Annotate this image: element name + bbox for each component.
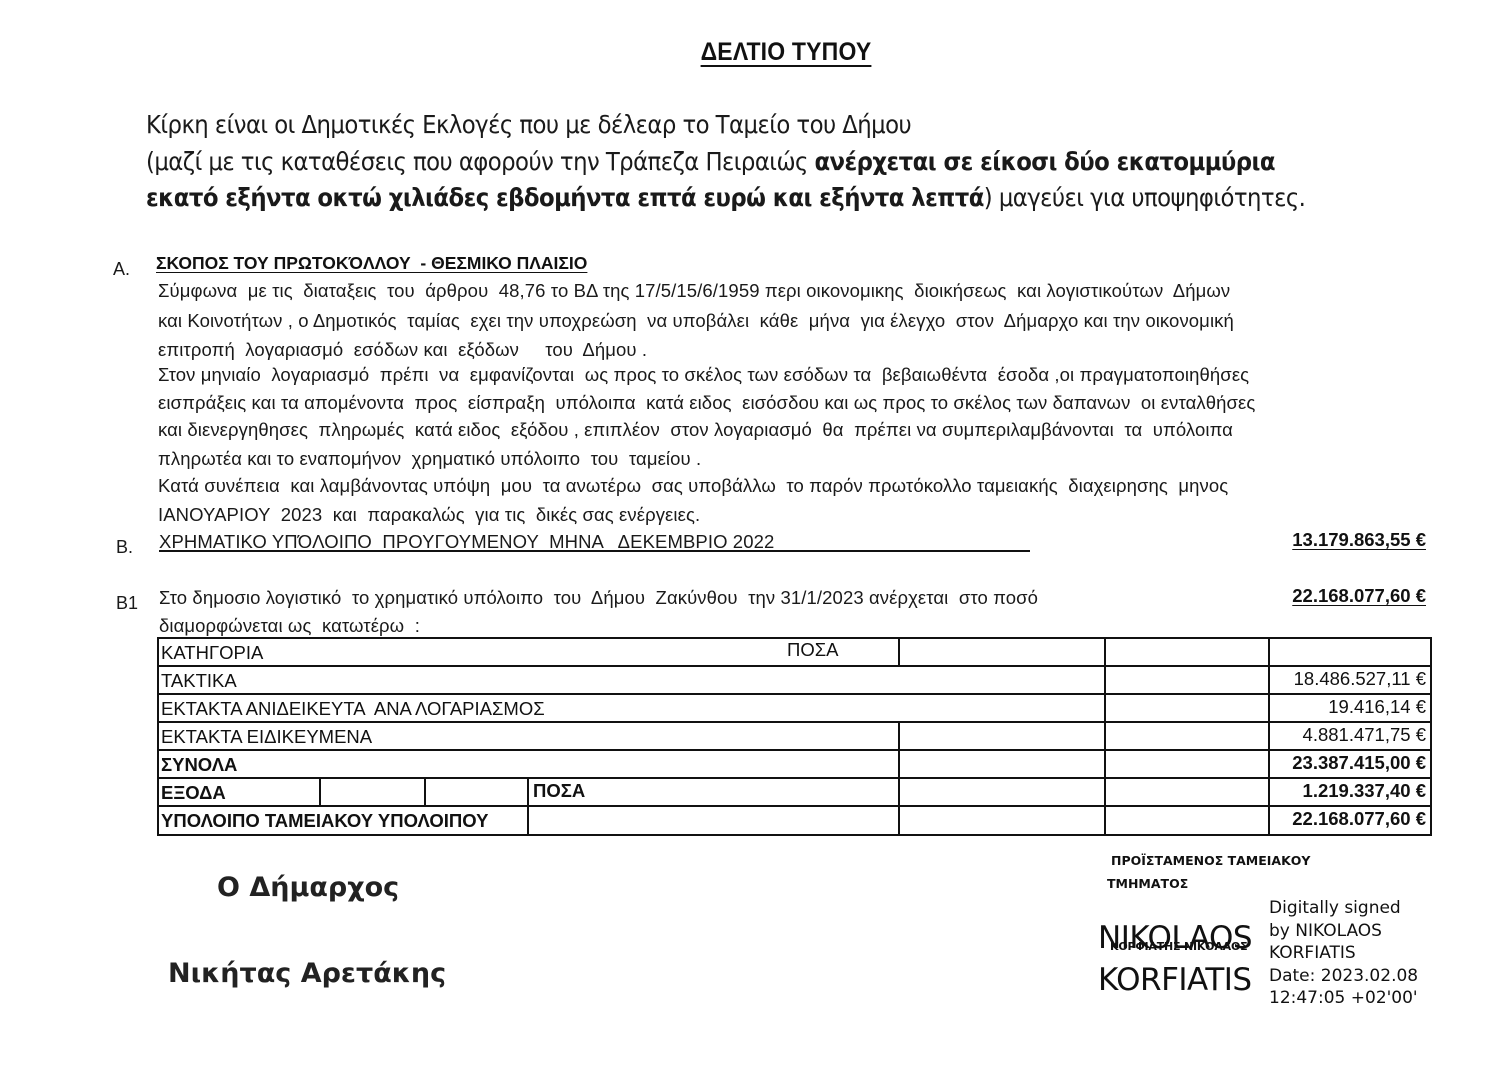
section-a-line: Κατά συνέπεια και λαμβάνοντας υπόψη μου … <box>158 475 1228 497</box>
intro-line-2: (μαζί με τις καταθέσεις που αφορούν την … <box>146 147 1275 176</box>
table-row-value: 4.881.471,75 € <box>1303 721 1426 749</box>
section-a-line: εισπράξεις και τα απομένοντα προς είσπρα… <box>158 392 1255 414</box>
col-divider <box>898 639 900 665</box>
mayor-name: Νικήτας Αρετάκης <box>168 958 446 989</box>
intro-line-3: εκατό εξήντα οκτώ χιλιάδες εβδομήντα επτ… <box>146 183 1305 212</box>
intro-line-3-bold: εκατό εξήντα οκτώ χιλιάδες εβδομήντα επτ… <box>146 183 984 212</box>
table-row-value: 19.416,14 € <box>1328 693 1426 721</box>
digital-signature-stamp: Digitally signed by NIKOLAOS KORFIATIS D… <box>1269 897 1418 1010</box>
table-row-value: 22.168.077,60 € <box>1292 805 1426 833</box>
intro-line-1: Κίρκη είναι οι Δημοτικές Εκλογές που με … <box>146 110 911 139</box>
col-divider <box>424 777 426 805</box>
table-row-value: 1.219.337,40 € <box>1303 777 1426 805</box>
digital-signature-line: Date: 2023.02.08 <box>1269 965 1418 988</box>
table-row-label: ΕΚΤΑΚΤΑ ΕΙΔΙΚΕΥΜΕΝΑ <box>161 723 372 751</box>
col-divider <box>319 777 321 805</box>
digital-signature-line: Digitally signed <box>1269 897 1418 920</box>
section-b-letter: Β. <box>116 537 133 558</box>
head-role-line-1: ΠΡΟΪΣΤΑΜΕΝΟΣ ΤΑΜΕΙΑΚΟΥ <box>1111 853 1310 868</box>
table-row-label: ΣΥΝΟΛΑ <box>161 751 237 779</box>
digital-signature-line: KORFIATIS <box>1269 942 1418 965</box>
section-b1-line-1: Στο δημοσιο λογιστικό το χρηματικό υπόλο… <box>159 587 1038 609</box>
header-category: ΚΑΤΗΓΟΡΙΑ <box>161 639 263 667</box>
cash-balance-table: ΚΑΤΗΓΟΡΙΑ ΠΟΣΑ ΤΑΚΤΙΚΑ 18.486.527,11 € Ε… <box>157 637 1432 836</box>
col-divider <box>898 721 900 836</box>
table-row-label: ΕΞΟΔΑ <box>161 779 226 807</box>
signer-last-name: KORFIATIS <box>1098 962 1252 998</box>
header-amounts: ΠΟΣΑ <box>787 636 839 664</box>
page-title: ΔΕΛΤΙΟ ΤΥΠΟΥ <box>63 38 1509 67</box>
section-a-line: Σύμφωνα με τις διαταξεις του άρθρου 48,7… <box>158 280 1230 302</box>
section-a-letter: Α. <box>113 259 130 280</box>
row-divider <box>159 777 1430 779</box>
signer-overlay-name: ΚΟΡΦΙΑΤΗΣ ΝΙΚΟΛΑΟΣ <box>1110 940 1247 953</box>
section-b1-line-2: διαμορφώνεται ως κατωτέρω : <box>159 615 420 637</box>
col-divider <box>527 777 529 836</box>
table-row-mid-label: ΠΟΣΑ <box>533 777 585 805</box>
col-divider <box>1104 639 1106 834</box>
table-row-label: ΕΚΤΑΚΤΑ ΑΝΙΔΕΙΚΕΥΤΑ ΑΝΑ ΛΟΓΑΡΙΑΣΜΟΣ <box>161 695 545 723</box>
digital-signature-line: by NIKOLAOS <box>1269 920 1418 943</box>
section-a-line: ΙΑΝΟΥΑΡΙΟΥ 2023 και παρακαλώς για τις δι… <box>158 504 700 526</box>
mayor-title: Ο Δήμαρχος <box>217 872 399 903</box>
section-b1-letter: Β1 <box>116 593 138 614</box>
section-a-line: Στον μηνιαίο λογαριασμό πρέπι να εμφανίζ… <box>158 364 1249 386</box>
table-row-label: ΤΑΚΤΙΚΑ <box>161 667 237 695</box>
section-b-amount: 13.179.863,55 € <box>1292 529 1426 551</box>
intro-line-3-normal: ) μαγεύει για υποψηφιότητες. <box>984 183 1306 212</box>
head-role-line-2: ΤΜΗΜΑΤΟΣ <box>1107 876 1188 891</box>
section-a-heading: ΣΚΟΠΟΣ ΤΟΥ ΠΡΩΤΟΚΌΛΛΟΥ - ΘΕΣΜΙΚΟ ΠΛΑΙΣΙΟ <box>156 253 587 274</box>
section-a-line: και Κοινοτήτων , ο Δημοτικός ταμίας εχει… <box>158 310 1234 332</box>
table-row-label: ΥΠΟΛΟΙΠΟ ΤΑΜΕΙΑΚΟΥ ΥΠΟΛΟΙΠΟΥ <box>161 807 488 835</box>
intro-line-2-bold: ανέρχεται σε είκοσι δύο εκατομμύρια <box>814 147 1274 176</box>
section-a-line: και διενεργηθησες πληρωμές κατά ειδος εξ… <box>158 419 1233 441</box>
section-a-line: επιτροπή λογαριασμό εσόδων και εξόδων το… <box>158 339 647 361</box>
row-divider <box>159 665 1430 667</box>
section-a-line: πληρωτέα και το εναπομήνον χρηματικό υπό… <box>158 448 701 470</box>
table-row-value: 18.486.527,11 € <box>1294 665 1426 693</box>
col-divider <box>1268 639 1270 834</box>
section-b-underline <box>159 550 1030 552</box>
section-b1-amount: 22.168.077,60 € <box>1292 585 1426 607</box>
table-row-value: 23.387.415,00 € <box>1292 749 1426 777</box>
digital-signature-line: 12:47:05 +02'00' <box>1269 987 1418 1010</box>
intro-line-2-normal: (μαζί με τις καταθέσεις που αφορούν την … <box>146 147 814 176</box>
